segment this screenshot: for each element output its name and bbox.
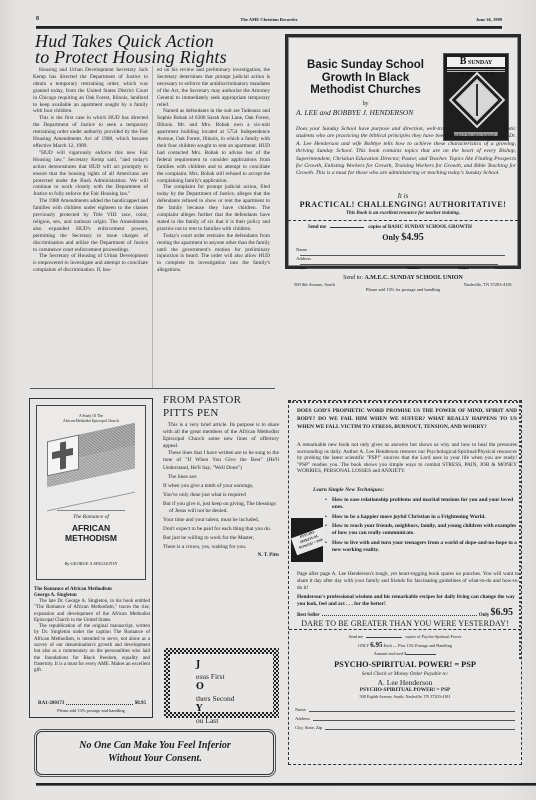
psycho-spiritual-power-ad: DOES GOD'S PROPHETIC WORD PROMISE US THE… [288, 400, 522, 765]
verse-line: There is a crown, yes, waiting for you. [163, 544, 279, 551]
psp-coupon-title: PSYCHO-SPIRITUAL POWER! = PSP [289, 660, 521, 669]
city-state-zip-field[interactable]: City, State, Zip [295, 725, 515, 730]
book-cover-title: B SUNDAY SCHOOL H [447, 57, 505, 67]
hud-paragraph: Housing and Urban Development Secretary … [33, 67, 148, 115]
hud-paragraph: The Secretary of Housing of Urban Develo… [33, 253, 148, 274]
romance-title-block: The Romance of African Methodism George … [34, 587, 112, 599]
hud-column-2: ed on his review and preliminary investi… [157, 67, 270, 274]
cover-subtitle: The Romance of [37, 514, 145, 520]
hud-paragraph: Today's court order restrains the defend… [157, 233, 270, 274]
romance-postage-note: Please add 13% postage and handling [30, 708, 152, 713]
jesus-others-you-box: Jesus First Others Second You Last [164, 648, 279, 718]
newspaper-page: 8 The AME Christian Recorder June 26, 19… [0, 0, 536, 800]
page-bottom-rule [36, 783, 536, 786]
column-divider [152, 66, 153, 388]
romance-book-cover: A Study Of The African Methodist Episcop… [36, 405, 146, 580]
list-item: How to reach your friends, neighbors, fa… [325, 523, 517, 537]
hud-headline-line2: to Protect Housing Rights [35, 49, 275, 65]
amount-enclosed-field[interactable]: Amount enclosed $ [289, 651, 521, 656]
by-label: by [298, 101, 433, 107]
hud-paragraph: Named as defendants in the suit are Tade… [157, 108, 270, 184]
sunday-school-headline: Basic Sunday School Growth In Black Meth… [298, 59, 433, 97]
hud-paragraph: The 1988 Amendments added the handicappe… [33, 198, 148, 253]
romance-african-methodism-ad: A Study Of The African Methodist Episcop… [29, 398, 153, 718]
city-state-zip-fields[interactable]: City State Zip [296, 265, 510, 270]
hud-paragraph: The complaint for prompt judicial action… [157, 184, 270, 232]
psp-intro: A remarkable new book not only gives us … [297, 442, 517, 475]
psp-techniques-list: How to ease relationship problems and ma… [325, 497, 517, 557]
name-field[interactable]: Name [295, 707, 515, 712]
verse-line: Your time and your talent, must be inclu… [163, 517, 279, 524]
pitts-signature: N. T. Pitts [163, 552, 279, 559]
pitts-article-body: This is a very brief article. Its purpos… [163, 422, 279, 559]
masthead: 8 The AME Christian Recorder June 26, 19… [36, 14, 502, 30]
hud-paragraph: ed on his review and preliminary investi… [157, 67, 270, 108]
verse-line: You've only done just what is required [163, 492, 279, 499]
inferior-quote-box: No One Can Make You Feel Inferior Withou… [36, 731, 274, 775]
cover-byline: By GEORGE A SINGLETON [37, 561, 145, 566]
romance-description: The late Dr. George A. Singleton, in his… [34, 599, 150, 675]
romance-price-line: RA1-200173$8.95 [38, 701, 146, 706]
pitts-headline: FROM PASTOR PITTS PEN [163, 394, 281, 419]
flag-with-cross-icon [47, 423, 135, 512]
verse-line: Don't expect to be paid for each thing t… [163, 526, 279, 533]
slogan: PRACTICAL! CHALLENGING! AUTHORITATIVE! [288, 200, 518, 209]
hud-headline: Hud Takes Quick Action to Protect Housin… [35, 33, 275, 65]
sunday-school-blurb: Does your Sunday School have purpose and… [296, 126, 516, 178]
psp-dare-slogan: DARE TO BE GREATER THAN YOU WERE YESTERD… [289, 619, 521, 628]
list-item: How to be a happier more joyful Christia… [325, 514, 517, 521]
list-item: How to ease relationship problems and ma… [325, 497, 517, 511]
cover-study-label: A Study Of The African Methodist Episcop… [37, 414, 145, 424]
psp-page-after: Page after page A. Lee Henderson's tough… [297, 571, 519, 592]
verse-line: But just be willing to work for the Mast… [163, 535, 279, 542]
church-spire-icon [476, 84, 478, 116]
psp-question: DOES GOD'S PROPHETIC WORD PROMISE US THE… [297, 407, 517, 431]
cover-title: AFRICAN METHODISM [37, 524, 145, 543]
sunday-school-ad: Basic Sunday School Growth In Black Meth… [285, 34, 521, 269]
quote-text: No One Can Make You Feel Inferior Withou… [37, 740, 273, 765]
send-to-line: Send to: A.M.E.C. SUNDAY SCHOOL UNION [288, 275, 518, 281]
it-is-label: It is [288, 192, 518, 200]
psp-wisdom: Henderson's professional wisdom and his … [297, 594, 519, 608]
payee-name: A. Lee Henderson [289, 678, 521, 687]
cover-rule [57, 510, 125, 511]
psp-order-coupon: Send mecopies of Psycho-Spiritual Power … [289, 629, 521, 764]
payee-address: 500 Eighth Avenue, South, Nashville, TN … [289, 694, 521, 699]
authors: A. LEE and BOBBYE J. HENDERSON [296, 108, 441, 117]
verse-line: But if you give it, just keep on giving,… [163, 501, 279, 515]
list-item: How to live with and turn your teenagers… [325, 540, 517, 554]
copies-field[interactable] [366, 637, 402, 638]
excellent-resource-note: This Book is an excellent resource for t… [288, 211, 518, 216]
send-me-line: Send mecopies of BASIC SUNDAY SCHOOL GRO… [308, 225, 472, 230]
psp-book-cover: PSYCHO-SPIRITUAL POWER! = PSP [291, 518, 323, 562]
hud-column-1: Housing and Urban Development Secretary … [33, 67, 148, 274]
masthead-rule [36, 26, 502, 29]
psp-learn-heading: Learn Simple New Techniques: [313, 487, 384, 493]
verse-line: If when you give a tenth of your earning… [163, 483, 279, 490]
copies-field[interactable] [330, 227, 364, 228]
issue-date: June 26, 1989 [476, 17, 502, 22]
hud-paragraph: This is the first case in which HUD has … [33, 115, 148, 150]
hud-paragraph: "HUD will vigorously enforce this new Fa… [33, 150, 148, 198]
section-rule [30, 388, 275, 389]
psp-price-line: Best SellerOnly $6.95 [297, 608, 513, 618]
address-field[interactable]: Address [295, 716, 515, 721]
cross-icon [47, 435, 79, 477]
sunday-school-price: Only $4.95 [288, 232, 518, 243]
publication-name: The AME Christian Recorder [36, 17, 502, 22]
sunday-school-order-form: Send mecopies of BASIC SUNDAY SCHOOL GRO… [288, 220, 518, 266]
postage-note: Please add 13% for postage and handling [288, 287, 518, 292]
